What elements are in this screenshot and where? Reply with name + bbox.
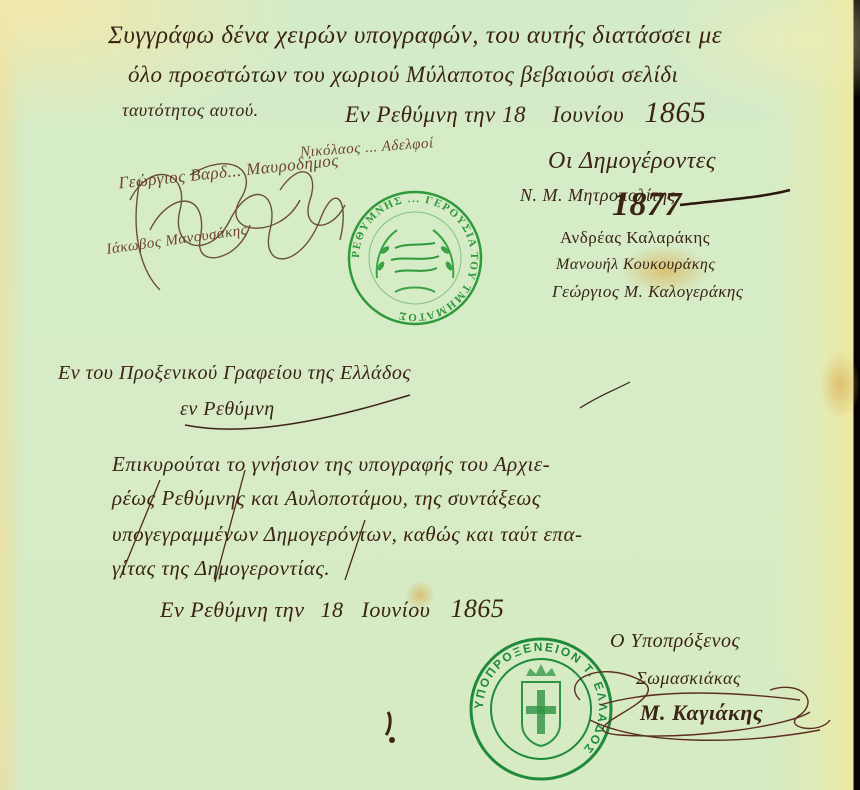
consul-flourish <box>0 0 860 790</box>
